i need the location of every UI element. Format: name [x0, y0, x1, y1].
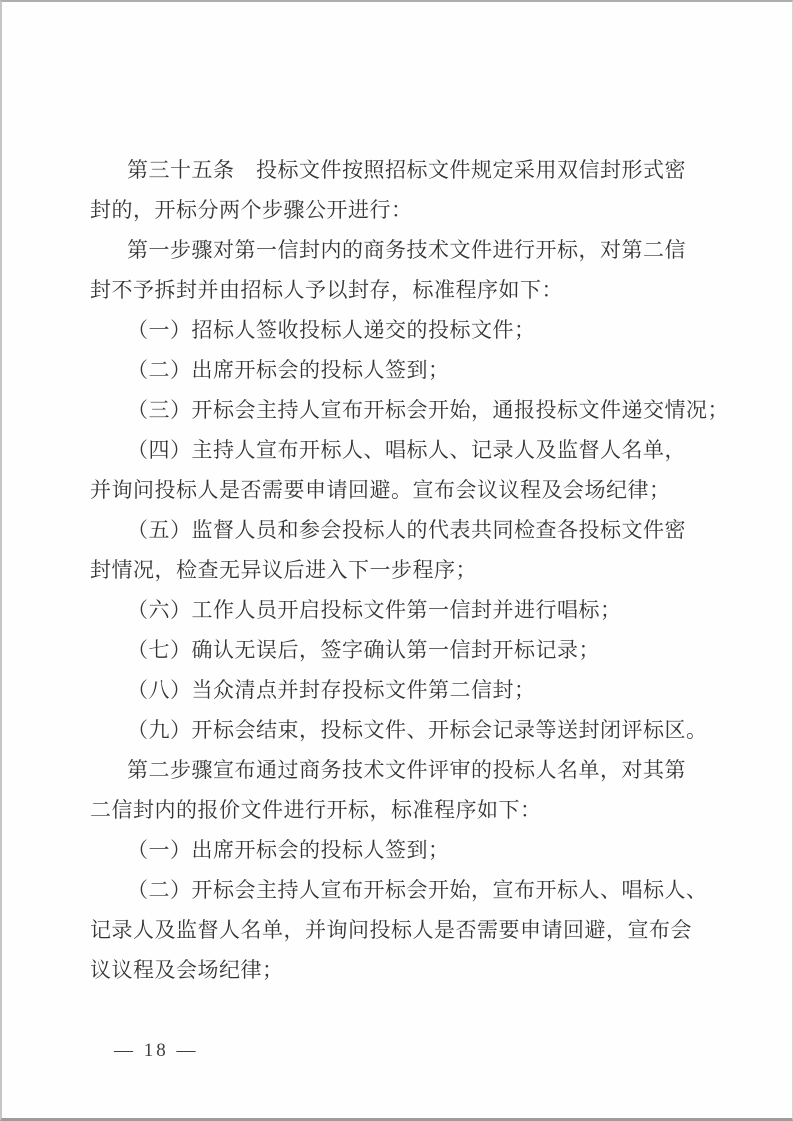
document-body: 第三十五条 投标文件按照招标文件规定采用双信封形式密封的，开标分两个步骤公开进行…	[90, 150, 730, 990]
text-line: （二）出席开标会的投标人签到；	[90, 350, 730, 390]
text-line: （六）工作人员开启投标文件第一信封并进行唱标；	[90, 590, 730, 630]
text-line: 并询问投标人是否需要申请回避。宣布会议议程及会场纪律；	[90, 470, 730, 510]
text-line: 第三十五条 投标文件按照招标文件规定采用双信封形式密	[90, 150, 730, 190]
text-line: （二）开标会主持人宣布开标会开始，宣布开标人、唱标人、	[90, 870, 730, 910]
text-line: 第一步骤对第一信封内的商务技术文件进行开标，对第二信	[90, 230, 730, 270]
scanned-document-page: 第三十五条 投标文件按照招标文件规定采用双信封形式密封的，开标分两个步骤公开进行…	[0, 0, 793, 1121]
text-line: 第二步骤宣布通过商务技术文件评审的投标人名单，对其第	[90, 750, 730, 790]
text-line: （一）出席开标会的投标人签到；	[90, 830, 730, 870]
text-line: （八）当众清点并封存投标文件第二信封；	[90, 670, 730, 710]
text-line: （一）招标人签收投标人递交的投标文件；	[90, 310, 730, 350]
text-line: 封情况，检查无异议后进入下一步程序；	[90, 550, 730, 590]
text-line: 记录人及监督人名单，并询问投标人是否需要申请回避，宣布会	[90, 910, 730, 950]
text-line: 封的，开标分两个步骤公开进行：	[90, 190, 730, 230]
text-line: 议议程及会场纪律；	[90, 950, 730, 990]
text-line: （四）主持人宣布开标人、唱标人、记录人及监督人名单，	[90, 430, 730, 470]
text-line: （七）确认无误后，签字确认第一信封开标记录；	[90, 630, 730, 670]
text-line: （九）开标会结束，投标文件、开标会记录等送封闭评标区。	[90, 710, 730, 750]
text-line: （三）开标会主持人宣布开标会开始，通报投标文件递交情况；	[90, 390, 730, 430]
text-line: （五）监督人员和参会投标人的代表共同检查各投标文件密	[90, 510, 730, 550]
text-line: 封不予拆封并由招标人予以封存，标准程序如下：	[90, 270, 730, 310]
page-number: — 18 —	[114, 1040, 199, 1062]
text-line: 二信封内的报价文件进行开标，标准程序如下：	[90, 790, 730, 830]
